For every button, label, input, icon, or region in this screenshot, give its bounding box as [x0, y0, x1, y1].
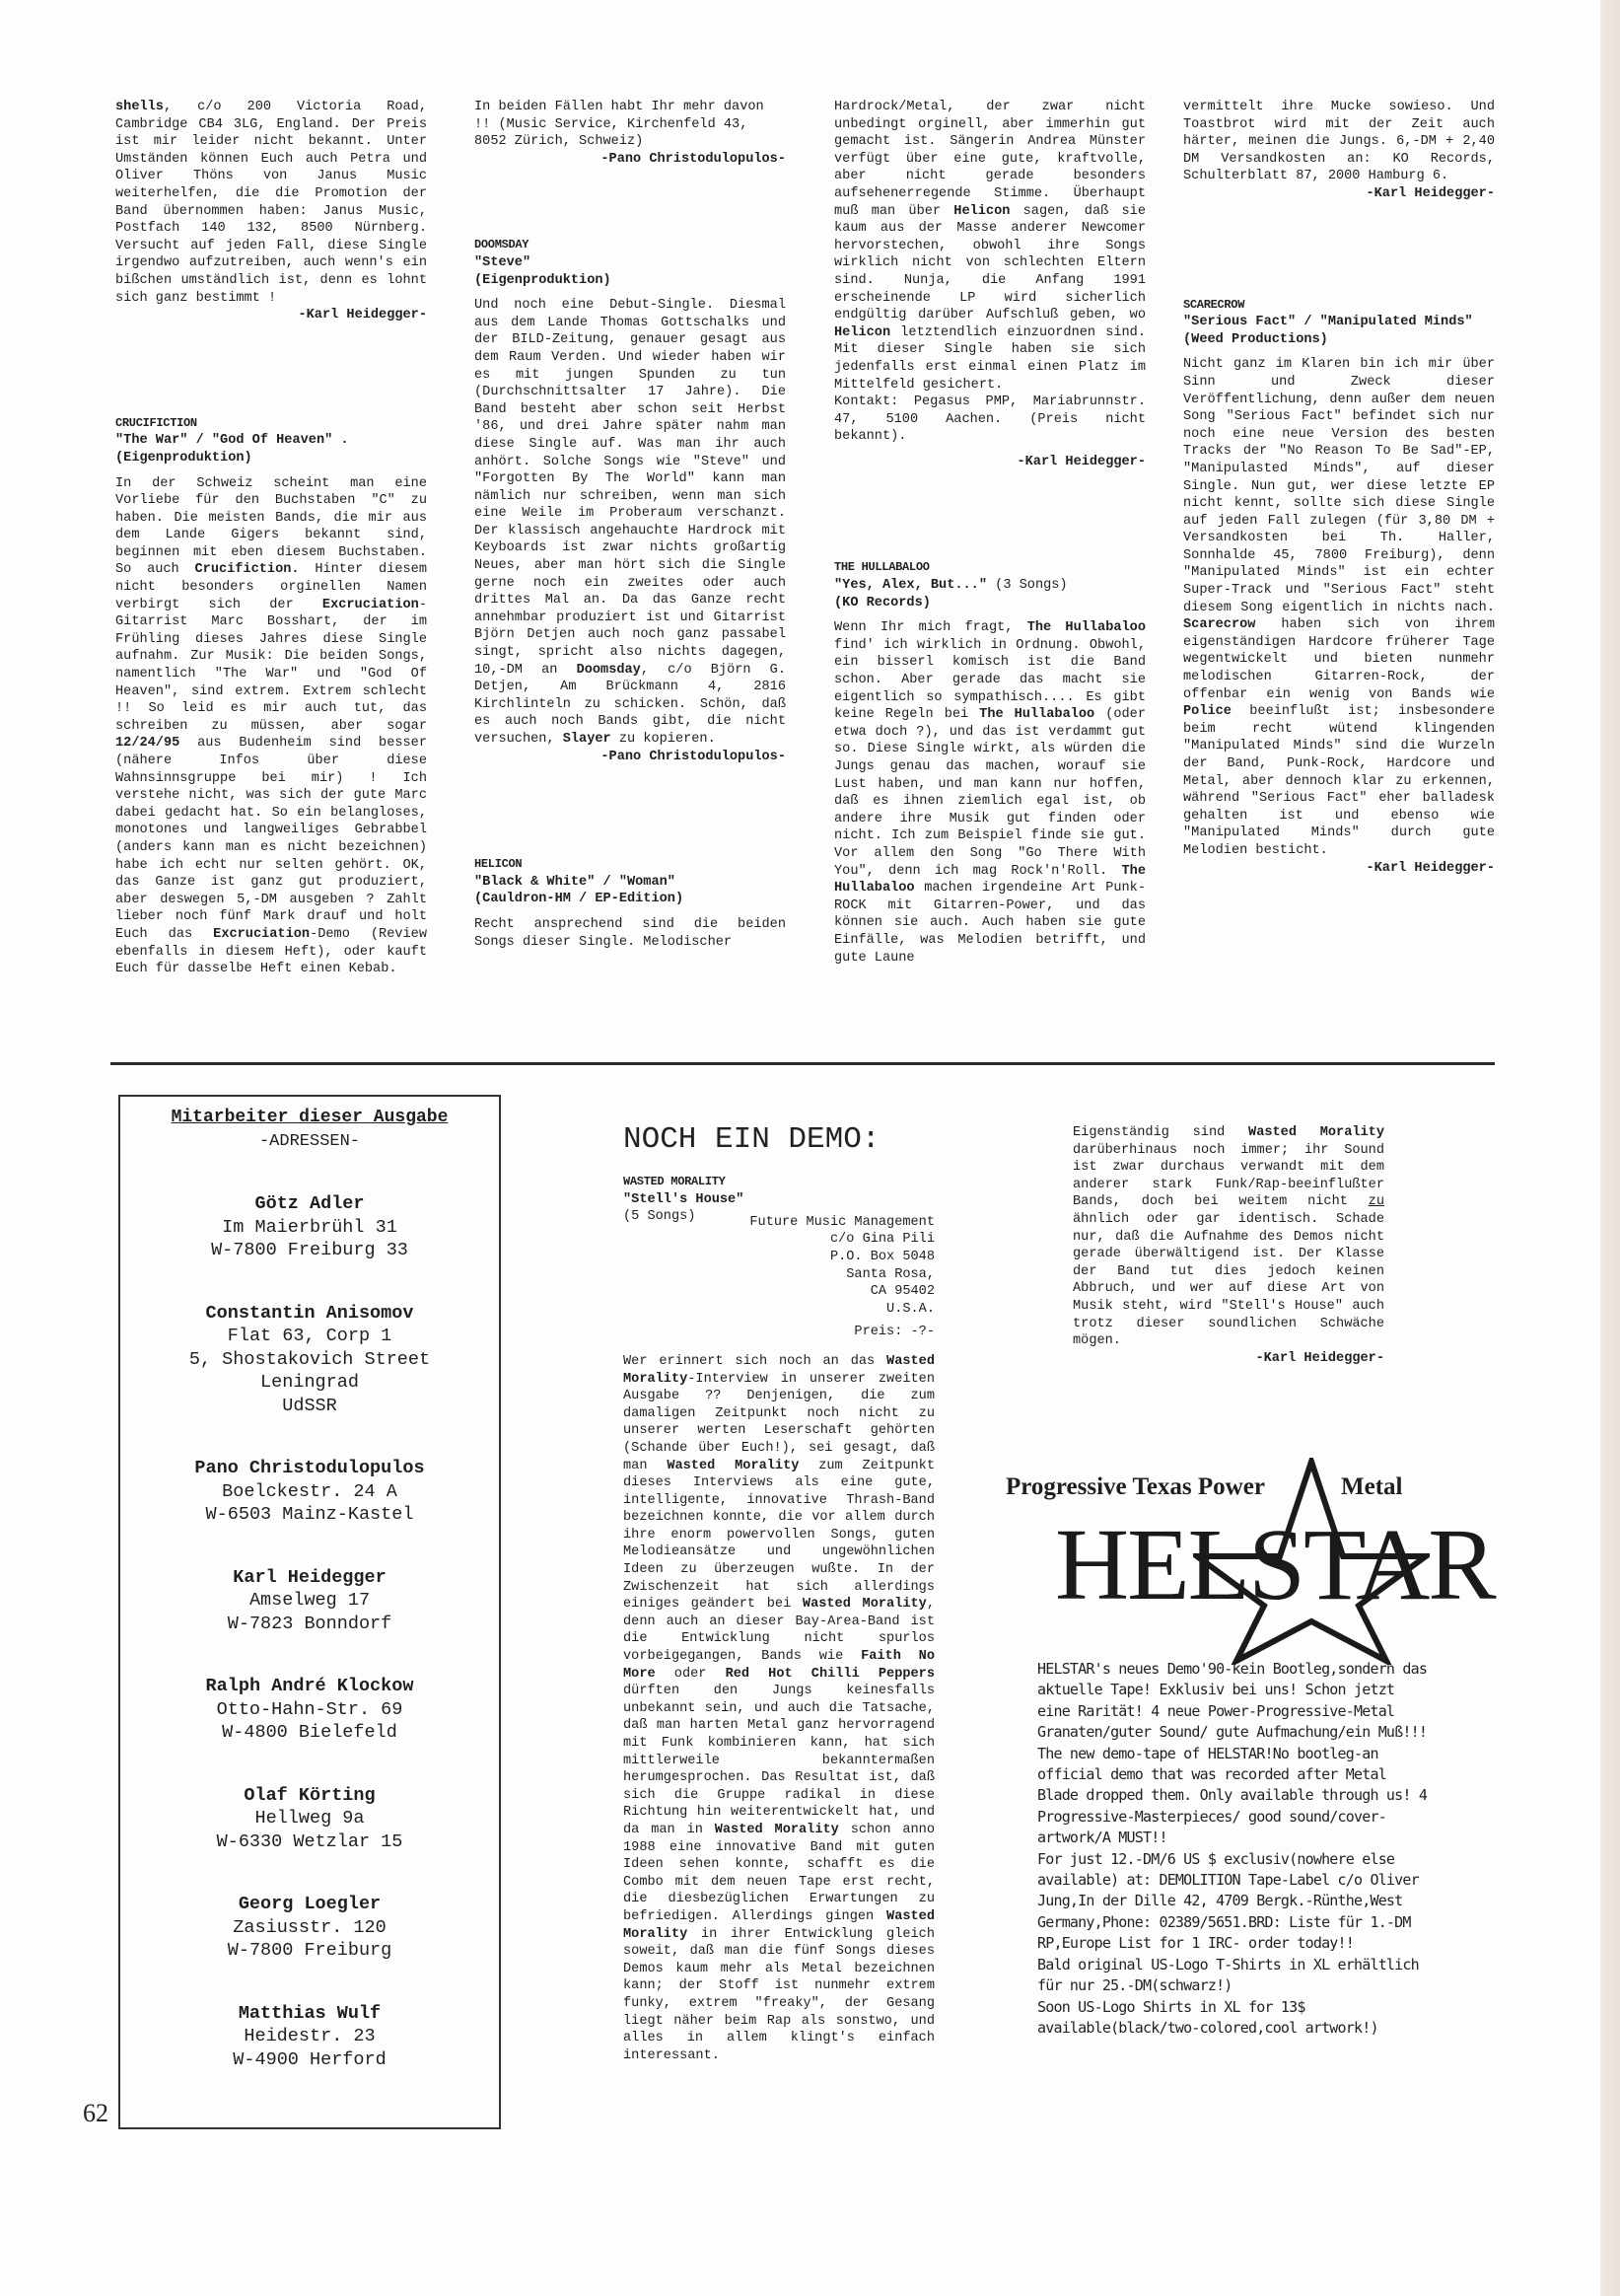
text: beeinflußt ist; insbesondere beim recht … [1183, 704, 1495, 858]
staff-entry: Pano Christodulopulos Boelckestr. 24 A W… [120, 1457, 499, 1527]
band-name-bold: Slayer [563, 732, 611, 747]
staff-entry: Georg Loegler Zasiusstr. 120 W-7800 Frei… [120, 1893, 499, 1963]
column-3: Hardrock/Metal, der zwar nicht unbedingt… [834, 99, 1146, 967]
ad-tagline-metal: Metal [1341, 1473, 1402, 1501]
intro-paragraph: In beiden Fällen habt Ihr mehr davon !! … [474, 99, 786, 151]
demo-column-1: WASTED MORALITY "Stell's House" (5 Songs… [623, 1174, 935, 2064]
text: aus Budenheim sind besser (nähere Infos … [115, 736, 427, 942]
text: Wer erinnert sich noch an das [623, 1354, 886, 1369]
band-name: DOOMSDAY [474, 237, 786, 254]
band-name-bold: 12/24/95 [115, 736, 179, 751]
address-line: P.O. Box 5048 [623, 1249, 935, 1266]
band-name: CRUCIFICTION [115, 415, 427, 433]
review-header-scarecrow: SCARECROW "Serious Fact" / "Manipulated … [1183, 297, 1495, 349]
price: Preis: -?- [623, 1324, 935, 1341]
helstar-logo: HELSTAR [1055, 1511, 1495, 1619]
band-name-bold: Wasted Morality [1248, 1125, 1384, 1140]
song-count: (3 Songs) [987, 578, 1068, 593]
author-signature: -Karl Heidegger- [1183, 860, 1495, 878]
address-line: Amselweg 17 [120, 1589, 499, 1613]
staff-name: Götz Adler [120, 1192, 499, 1216]
review-body: In der Schweiz scheint man eine Vorliebe… [115, 475, 427, 978]
band-name-bold: The Hullabaloo [979, 707, 1094, 722]
review-header-doomsday: DOOMSDAY "Steve" (Eigenproduktion) [474, 237, 786, 289]
column-4: vermittelt ihre Mucke sowieso. Und Toast… [1183, 99, 1495, 877]
release-label: (KO Records) [834, 595, 1146, 612]
address-line: Heidestr. 23 [120, 2025, 499, 2048]
text: Eigenständig sind [1073, 1125, 1248, 1140]
author-signature: -Karl Heidegger- [834, 454, 1146, 471]
band-name-bold: Excruciation [322, 598, 419, 612]
contact-info: Kontakt: Pegasus PMP, Mariabrunnstr. 47,… [834, 394, 1146, 446]
staff-entry: Götz Adler Im Maierbrühl 31 W-7800 Freib… [120, 1192, 499, 1262]
review-body: Recht ansprechend sind die beiden Songs … [474, 916, 786, 951]
text: dürften den Jungs keinesfalls unbekannt … [623, 1684, 935, 1837]
review-body: Nicht ganz im Klaren bin ich mir über Si… [1183, 356, 1495, 859]
spacer [474, 168, 786, 237]
address-line: Otto-Hahn-Str. 69 [120, 1698, 499, 1722]
text: darüberhinaus noch immer; ihr Sound ist … [1073, 1143, 1384, 1210]
release-title: "Steve" [474, 254, 786, 272]
spacer [474, 765, 786, 856]
band-name-bold: Excruciation [213, 927, 310, 942]
staff-entry: Olaf Körting Hellweg 9a W-6330 Wetzlar 1… [120, 1784, 499, 1854]
release-title-line: "Yes, Alex, But..." (3 Songs) [834, 577, 1146, 595]
staff-name: Matthias Wulf [120, 2002, 499, 2026]
contact-address: Future Music Management c/o Gina Pili P.… [623, 1214, 935, 1341]
address-line: W-7800 Freiburg [120, 1939, 499, 1963]
release-title: "Yes, Alex, But..." [834, 578, 987, 593]
staff-name: Karl Heidegger [120, 1566, 499, 1590]
release-label: (Weed Productions) [1183, 331, 1495, 349]
address-line: U.S.A. [623, 1301, 935, 1319]
demo-section-heading: NOCH EIN DEMO: [623, 1122, 880, 1157]
band-name: HELICON [474, 856, 786, 874]
author-signature: -Karl Heidegger- [1183, 185, 1495, 203]
band-name-bold: Wasted Morality [715, 1823, 839, 1837]
band-name-bold: Wasted Morality [803, 1597, 927, 1612]
band-name-bold: Doomsday [577, 663, 641, 678]
band-name-bold: Wasted Morality [667, 1459, 799, 1473]
address-line: Santa Rosa, [623, 1266, 935, 1284]
release-label: (Eigenproduktion) [115, 450, 427, 467]
address-line: Boelckestr. 24 A [120, 1480, 499, 1504]
address-line: W-6330 Wetzlar 15 [120, 1830, 499, 1854]
demo-column-2: Eigenständig sind Wasted Morality darübe… [1073, 1124, 1384, 1367]
text: Und noch eine Debut-Single. Diesmal aus … [474, 298, 786, 677]
spacer [834, 470, 1146, 559]
band-name-bold: shells [115, 100, 164, 114]
band-name-bold: The Hullabaloo [1027, 620, 1146, 635]
review-body: Wenn Ihr mich fragt, The Hullabaloo find… [834, 619, 1146, 967]
band-name: WASTED MORALITY [623, 1174, 935, 1191]
box-title: Mitarbeiter dieser Ausgabe [120, 1107, 499, 1130]
address-line: Leningrad [120, 1371, 499, 1395]
address-line: Hellweg 9a [120, 1807, 499, 1830]
text: ähnlich oder gar identisch. Schade nur, … [1073, 1212, 1384, 1348]
release-title: "Serious Fact" / "Manipulated Minds" [1183, 314, 1495, 331]
address-line: Flat 63, Corp 1 [120, 1325, 499, 1348]
underlined-word: zu [1369, 1194, 1384, 1209]
address-line: W-6503 Mainz-Kastel [120, 1503, 499, 1527]
staff-name: Constantin Anisomov [120, 1302, 499, 1326]
address-line: c/o Gina Pili [623, 1231, 935, 1249]
page-number: 62 [83, 2099, 108, 2128]
text: (oder etwa doch ?), und das ist verdammt… [834, 707, 1146, 878]
review-body: Und noch eine Debut-Single. Diesmal aus … [474, 297, 786, 748]
address-line: Zasiusstr. 120 [120, 1916, 499, 1940]
spacer [115, 324, 427, 415]
text: Hardrock/Metal, der zwar nicht unbedingt… [834, 100, 1146, 219]
column-1: shells, c/o 200 Victoria Road, Cambridge… [115, 99, 427, 978]
address-line: W-4900 Herford [120, 2048, 499, 2072]
band-name: SCARECROW [1183, 297, 1495, 315]
staff-entry: Ralph André Klockow Otto-Hahn-Str. 69 W-… [120, 1675, 499, 1745]
author-signature: -Karl Heidegger- [1073, 1350, 1384, 1368]
band-name-bold: Scarecrow [1183, 617, 1255, 632]
release-title: "The War" / "God Of Heaven" . [115, 432, 427, 450]
address-line: 5, Shostakovich Street [120, 1348, 499, 1372]
band-name-bold: Helicon [834, 325, 890, 340]
band-name-bold: Helicon [953, 204, 1010, 219]
text: zu kopieren. [611, 732, 716, 747]
staff-address-box: Mitarbeiter dieser Ausgabe -ADRESSEN- Gö… [118, 1095, 501, 2129]
staff-name: Olaf Körting [120, 1784, 499, 1808]
section-divider [110, 1062, 1495, 1065]
text: oder [656, 1667, 726, 1682]
release-label: (Eigenproduktion) [474, 272, 786, 290]
ad-tagline: Progressive Texas Power [1006, 1473, 1265, 1501]
intro-paragraph: vermittelt ihre Mucke sowieso. Und Toast… [1183, 99, 1495, 185]
staff-entry: Constantin Anisomov Flat 63, Corp 1 5, S… [120, 1302, 499, 1418]
staff-entry: Karl Heidegger Amselweg 17 W-7823 Bonndo… [120, 1566, 499, 1636]
helstar-advertisement: Progressive Texas Power Metal HELSTAR HE… [996, 1450, 1449, 2140]
band-name-bold: Red Hot Chilli Peppers [726, 1667, 935, 1682]
text: Wenn Ihr mich fragt, [834, 620, 1027, 635]
text: zum Zeitpunkt dieses Interviews als eine… [623, 1459, 935, 1613]
review-body-continued: Eigenständig sind Wasted Morality darübe… [1073, 1124, 1384, 1350]
address-line: W-4800 Bielefeld [120, 1721, 499, 1745]
release-label: (Cauldron-HM / EP-Edition) [474, 891, 786, 908]
author-signature: -Karl Heidegger- [115, 307, 427, 324]
address-line: CA 95402 [623, 1283, 935, 1301]
band-name-bold: Police [1183, 704, 1232, 719]
text: Nicht ganz im Klaren bin ich mir über Si… [1183, 357, 1495, 614]
text: in ihrer Entwicklung gleich soweit, daß … [623, 1927, 935, 2063]
text: sagen, daß sie kaum aus der Masse andere… [834, 204, 1146, 323]
staff-name: Pano Christodulopulos [120, 1457, 499, 1480]
text: -Gitarrist Marc Bosshart, der im Frühlin… [115, 598, 427, 734]
paragraph-text: c/o 200 Victoria Road, Cambridge CB4 3LG… [115, 100, 427, 306]
address-line: UdSSR [120, 1395, 499, 1418]
release-title: "Stell's House" [623, 1191, 935, 1209]
staff-entry: Matthias Wulf Heidestr. 23 W-4900 Herfor… [120, 2002, 499, 2072]
address-line: W-7800 Freiburg 33 [120, 1239, 499, 1262]
review-header-crucifiction: CRUCIFICTION "The War" / "God Of Heaven"… [115, 415, 427, 467]
address-line: W-7823 Bonndorf [120, 1613, 499, 1636]
review-header-hullabaloo: THE HULLABALOO "Yes, Alex, But..." (3 So… [834, 559, 1146, 611]
box-subtitle: -ADRESSEN- [120, 1130, 499, 1154]
spacer [1183, 203, 1495, 297]
staff-name: Georg Loegler [120, 1893, 499, 1916]
page-edge-shadow [1600, 0, 1620, 2296]
intro-paragraph: shells, c/o 200 Victoria Road, Cambridge… [115, 99, 427, 307]
ad-body-text: HELSTAR's neues Demo'90-kein Bootleg,son… [1037, 1659, 1432, 2039]
review-body-continued: Hardrock/Metal, der zwar nicht unbedingt… [834, 99, 1146, 394]
band-name-bold: Crucifiction. [195, 562, 300, 577]
author-signature: -Pano Christodulopulos- [474, 749, 786, 766]
author-signature: -Pano Christodulopulos- [474, 151, 786, 169]
column-2: In beiden Fällen habt Ihr mehr davon !! … [474, 99, 786, 951]
review-body: Wer erinnert sich noch an das Wasted Mor… [623, 1353, 935, 2064]
review-header-helicon: HELICON "Black & White" / "Woman" (Cauld… [474, 856, 786, 908]
staff-name: Ralph André Klockow [120, 1675, 499, 1698]
release-title: "Black & White" / "Woman" [474, 874, 786, 892]
band-name: THE HULLABALOO [834, 559, 1146, 577]
address-line: Im Maierbrühl 31 [120, 1216, 499, 1240]
